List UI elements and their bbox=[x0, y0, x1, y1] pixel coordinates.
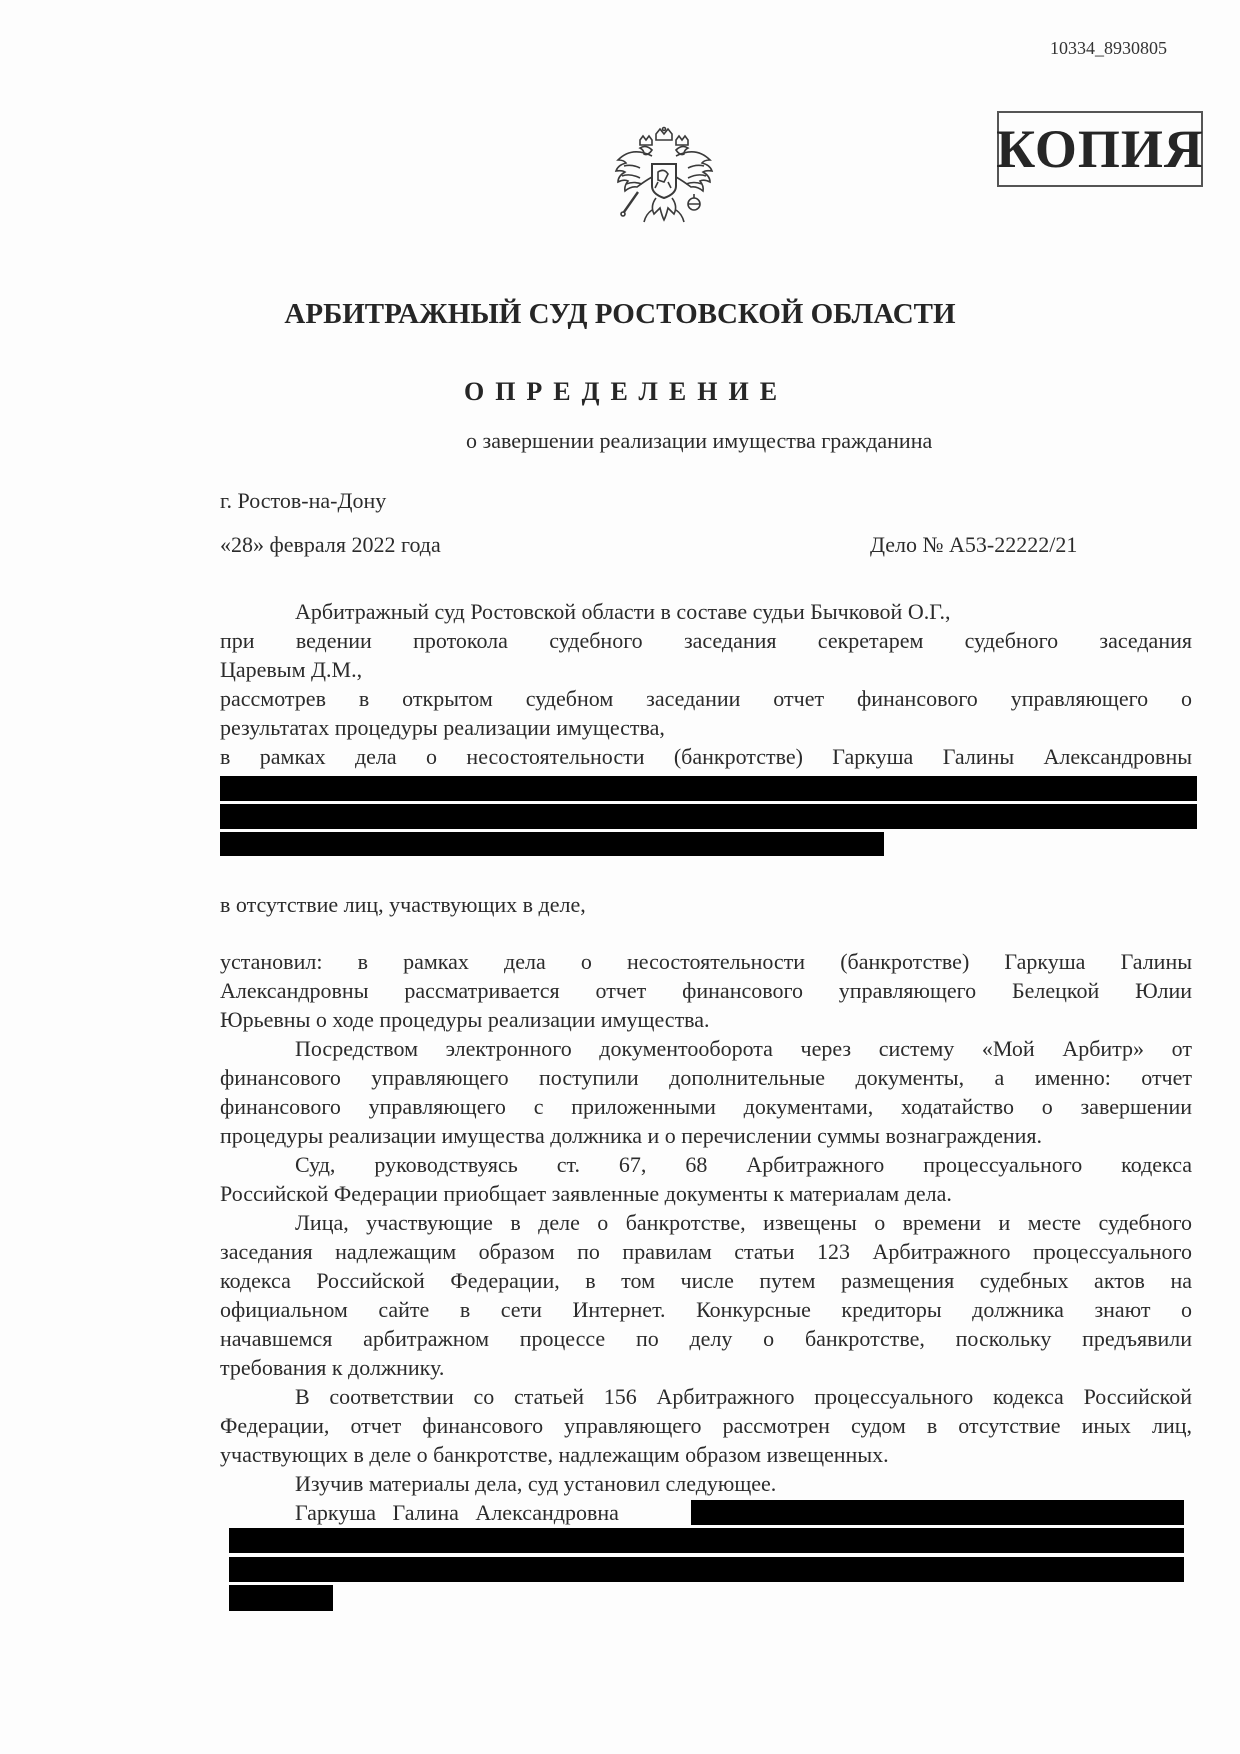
redaction-bar bbox=[229, 1528, 1184, 1553]
coat-of-arms-icon bbox=[612, 126, 716, 232]
body-line: процедуры реализации имущества должника … bbox=[220, 1121, 1192, 1150]
intro-line: при ведении протокола судебного заседани… bbox=[220, 626, 1192, 655]
copy-stamp: КОПИЯ bbox=[997, 111, 1203, 187]
city: г. Ростов-на-Дону bbox=[220, 488, 386, 514]
body-line: участвующих в деле о банкротстве, надлеж… bbox=[220, 1440, 1192, 1469]
document-date: «28» февраля 2022 года bbox=[220, 532, 441, 558]
absence-line: в отсутствие лиц, участвующих в деле, bbox=[220, 890, 1192, 919]
intro-line: Царевым Д.М., bbox=[220, 655, 1192, 684]
intro-line: в рамках дела о несостоятельности (банкр… bbox=[220, 742, 1192, 771]
document-type-heading: ОПРЕДЕЛЕНИЕ bbox=[0, 377, 1240, 407]
body-line: Российской Федерации приобщает заявленны… bbox=[220, 1179, 1192, 1208]
body-line: финансового управляющего поступили допол… bbox=[220, 1063, 1192, 1092]
redaction-bar bbox=[691, 1500, 1184, 1525]
intro-line: результатах процедуры реализации имущест… bbox=[220, 713, 1192, 742]
body-line: кодекса Российской Федерации, в том числ… bbox=[220, 1266, 1192, 1295]
redaction-bar bbox=[229, 1585, 333, 1611]
body-line: требования к должнику. bbox=[220, 1353, 1192, 1382]
body-line: Александровны рассматривается отчет фина… bbox=[220, 976, 1192, 1005]
copy-stamp-label: КОПИЯ bbox=[996, 118, 1204, 180]
redaction-bar bbox=[220, 776, 1197, 801]
document-subject: о завершении реализации имущества гражда… bbox=[466, 428, 932, 454]
intro-line: рассмотрев в открытом судебном заседании… bbox=[220, 684, 1192, 713]
document-page: 10334_8930805 КОПИЯ bbox=[0, 0, 1240, 1754]
redaction-bar bbox=[229, 1557, 1184, 1582]
document-id: 10334_8930805 bbox=[1050, 38, 1167, 59]
redaction-bar bbox=[220, 804, 1197, 829]
ruling-body: установил: в рамках дела о несостоятельн… bbox=[220, 947, 1192, 1527]
redaction-bar bbox=[220, 832, 884, 856]
body-line: Федерации, отчет финансового управляющег… bbox=[220, 1411, 1192, 1440]
intro-line: Арбитражный суд Ростовской области в сос… bbox=[220, 597, 1192, 626]
body-line: финансового управляющего с приложенными … bbox=[220, 1092, 1192, 1121]
body-line: Лица, участвующие в деле о банкротстве, … bbox=[220, 1208, 1192, 1237]
body-line: Посредством электронного документооборот… bbox=[220, 1034, 1192, 1063]
body-line: заседания надлежащим образом по правилам… bbox=[220, 1237, 1192, 1266]
body-line: Изучив материалы дела, суд установил сле… bbox=[220, 1469, 1192, 1498]
body-line: Юрьевны о ходе процедуры реализации имущ… bbox=[220, 1005, 1192, 1034]
body-line: начавшемся арбитражном процессе по делу … bbox=[220, 1324, 1192, 1353]
body-line: официальном сайте в сети Интернет. Конку… bbox=[220, 1295, 1192, 1324]
body-line: установил: в рамках дела о несостоятельн… bbox=[220, 947, 1192, 976]
body-line: В соответствии со статьей 156 Арбитражно… bbox=[220, 1382, 1192, 1411]
case-number: Дело № А53-22222/21 bbox=[870, 532, 1077, 558]
court-name-heading: АРБИТРАЖНЫЙ СУД РОСТОВСКОЙ ОБЛАСТИ bbox=[0, 298, 1240, 331]
absence-text: в отсутствие лиц, участвующих в деле, bbox=[220, 890, 1192, 919]
body-line: Суд, руководствуясь ст. 67, 68 Арбитражн… bbox=[220, 1150, 1192, 1179]
intro-block: Арбитражный суд Ростовской области в сос… bbox=[220, 597, 1192, 771]
